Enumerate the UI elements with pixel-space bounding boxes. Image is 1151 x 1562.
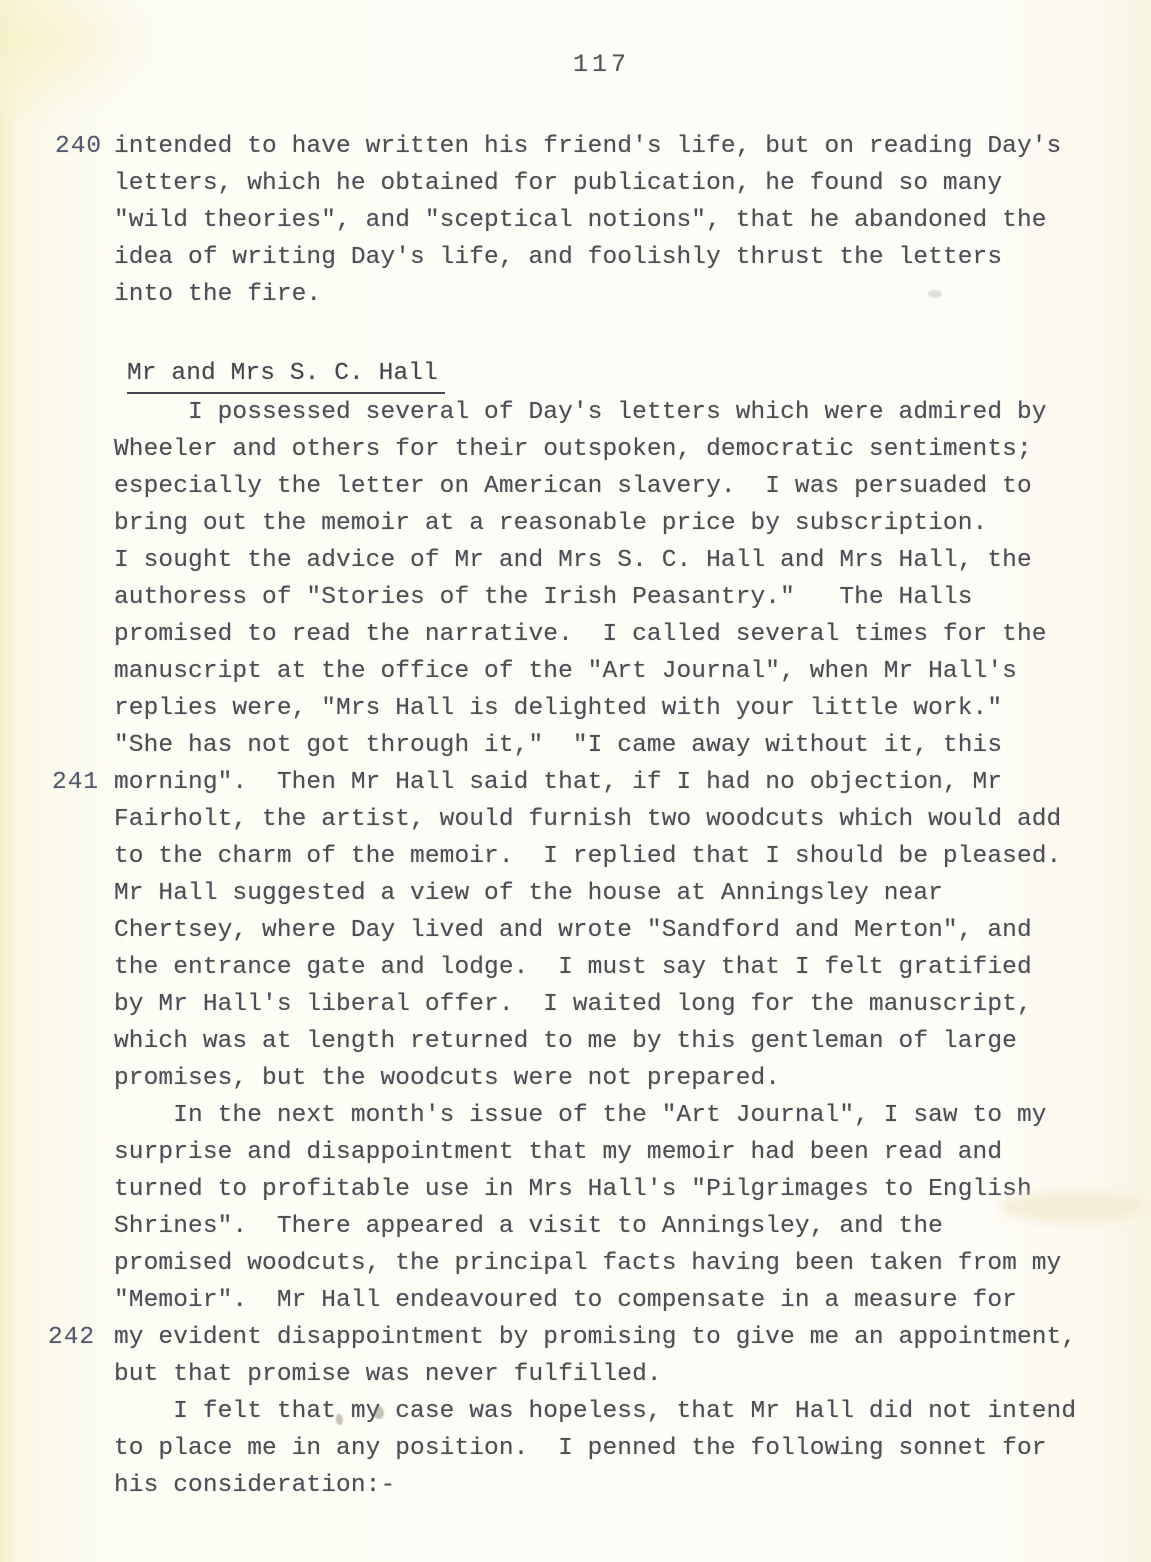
text-line: Wheeler and others for their outspoken, … <box>114 431 1061 468</box>
text-line: idea of writing Day's life, and foolishl… <box>114 239 1061 276</box>
margin-number-241: 241 <box>52 764 99 801</box>
text-line: replies were, "Mrs Hall is delighted wit… <box>114 690 1061 727</box>
text-line: I possessed several of Day's letters whi… <box>114 394 1061 431</box>
page-number: 117 <box>573 48 630 82</box>
text-line: surprise and disappointment that my memo… <box>114 1134 1076 1171</box>
text-line: to the charm of the memoir. I replied th… <box>114 838 1061 875</box>
text-line: In the next month's issue of the "Art Jo… <box>114 1097 1076 1134</box>
text-line: turned to profitable use in Mrs Hall's "… <box>114 1171 1076 1208</box>
paper-smudge <box>1000 1192 1145 1222</box>
text-line: Chertsey, where Day lived and wrote "San… <box>114 912 1061 949</box>
text-line: into the fire. <box>114 276 1061 313</box>
text-line: "wild theories", and "sceptical notions"… <box>114 202 1061 239</box>
paragraph-art-journal: In the next month's issue of the "Art Jo… <box>114 1097 1076 1393</box>
text-line: bring out the memoir at a reasonable pri… <box>114 505 1061 542</box>
document-page: 117 240 241 242 intended to have written… <box>0 0 1151 1562</box>
text-line: Mr Hall suggested a view of the house at… <box>114 875 1061 912</box>
paragraph-halls-advice: I possessed several of Day's letters whi… <box>114 394 1061 1097</box>
paragraph-sonnet-intro: I felt that my case was hopeless, that M… <box>114 1393 1076 1504</box>
text-line: promised woodcuts, the principal facts h… <box>114 1245 1076 1282</box>
text-line: promised to read the narrative. I called… <box>114 616 1061 653</box>
text-line: manuscript at the office of the "Art Jou… <box>114 653 1061 690</box>
text-line: the entrance gate and lodge. I must say … <box>114 949 1061 986</box>
text-line: by Mr Hall's liberal offer. I waited lon… <box>114 986 1061 1023</box>
text-line: Shrines". There appeared a visit to Anni… <box>114 1208 1076 1245</box>
text-line: to place me in any position. I penned th… <box>114 1430 1076 1467</box>
text-line: intended to have written his friend's li… <box>114 128 1061 165</box>
text-line: I sought the advice of Mr and Mrs S. C. … <box>114 542 1061 579</box>
pencil-mark <box>374 1406 384 1419</box>
section-heading: Mr and Mrs S. C. Hall <box>127 357 445 394</box>
text-line: my evident disappointment by promising t… <box>114 1319 1076 1356</box>
text-line: his consideration:- <box>114 1467 1076 1504</box>
text-line: Fairholt, the artist, would furnish two … <box>114 801 1061 838</box>
text-line: especially the letter on American slaver… <box>114 468 1061 505</box>
text-line: authoress of "Stories of the Irish Peasa… <box>114 579 1061 616</box>
pencil-mark <box>336 1414 343 1425</box>
text-line: "She has not got through it," "I came aw… <box>114 727 1061 764</box>
margin-number-242: 242 <box>48 1319 95 1356</box>
paper-speck <box>928 290 942 298</box>
text-line: morning". Then Mr Hall said that, if I h… <box>114 764 1061 801</box>
text-line: "Memoir". Mr Hall endeavoured to compens… <box>114 1282 1076 1319</box>
text-line: but that promise was never fulfilled. <box>114 1356 1076 1393</box>
text-line: promises, but the woodcuts were not prep… <box>114 1060 1061 1097</box>
text-line: letters, which he obtained for publicati… <box>114 165 1061 202</box>
paragraph-continued: intended to have written his friend's li… <box>114 128 1061 313</box>
text-line: I felt that my case was hopeless, that M… <box>114 1393 1076 1430</box>
text-line: which was at length returned to me by th… <box>114 1023 1061 1060</box>
margin-number-240: 240 <box>55 128 102 165</box>
